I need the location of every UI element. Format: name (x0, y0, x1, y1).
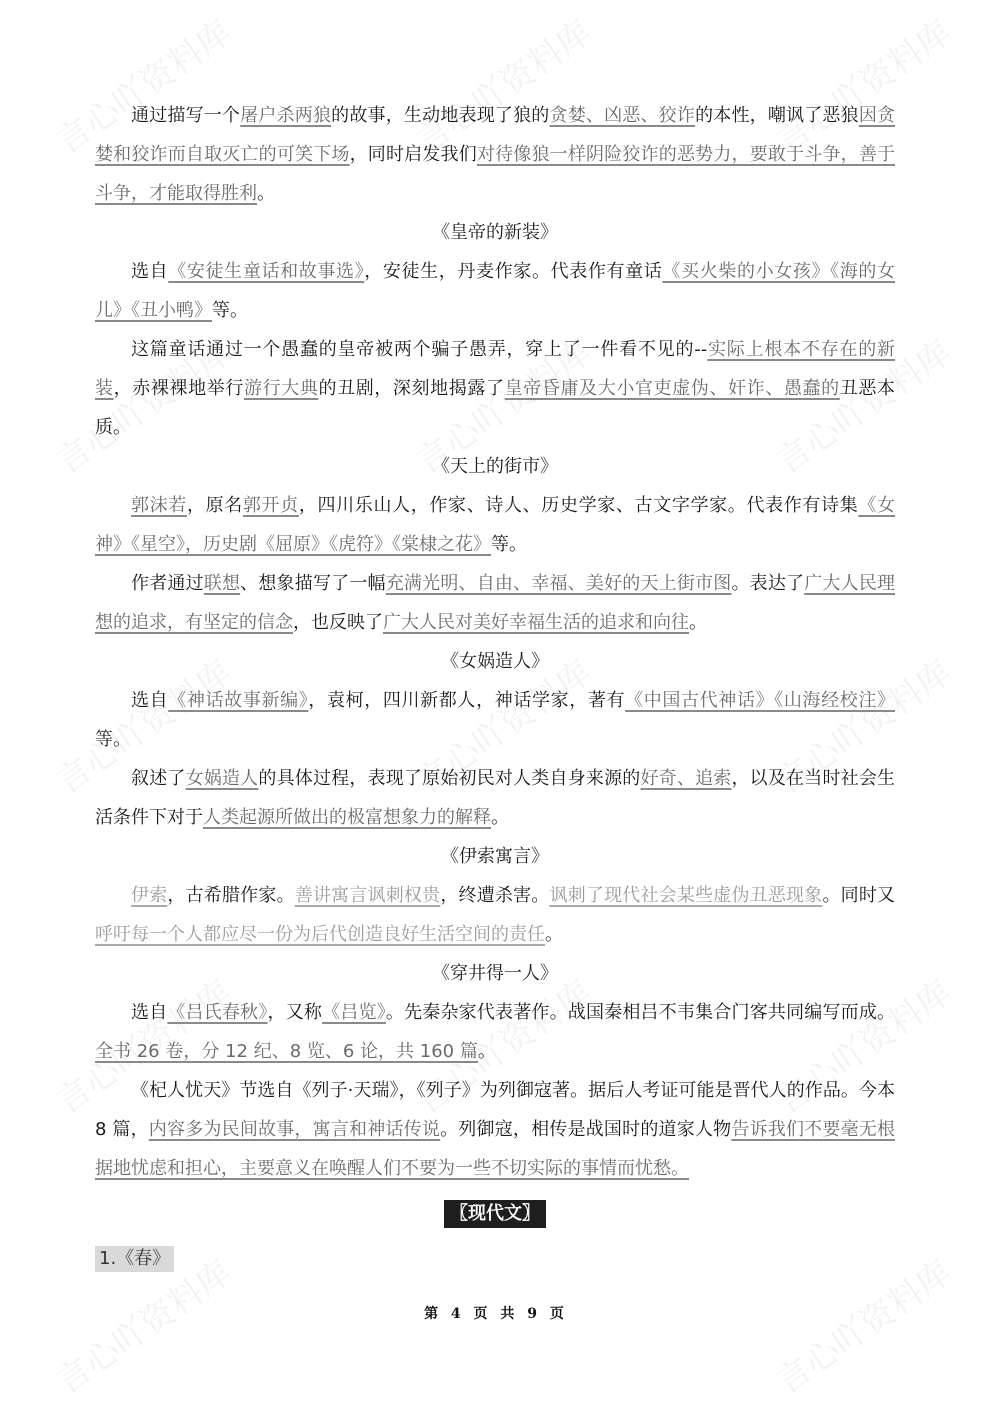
text: 。 (478, 1041, 496, 1062)
section-title-emperor: 《皇帝的新装》 (95, 213, 895, 252)
text: ，又称 (268, 1002, 323, 1023)
section-title-aesop: 《伊索寓言》 (95, 837, 895, 876)
key-point: 皇帝昏庸及大小官吏虚伪、奸诈、愚蠢的 (505, 378, 840, 399)
text: ，同时启发我们 (350, 144, 477, 165)
text: ，终遭杀害。 (440, 885, 549, 906)
key-point: 人类起源所做出的极富想象力的解释 (203, 807, 491, 828)
section-heading-label: 〖现代文〗 (444, 1200, 546, 1228)
text: 。先秦杂家代表著作。战国秦相吕不韦集合门客共同编写而成。 (386, 1002, 895, 1023)
key-point: 《中国古代神话》《山海经校注》 (625, 690, 895, 711)
text: 、想象描写了一幅 (240, 573, 386, 594)
key-point: 好奇、追索 (640, 768, 731, 789)
item-heading-spring: 1.《春》 (95, 1239, 895, 1278)
text: 。 (257, 183, 275, 204)
key-point: 善讲寓言讽刺权贵 (295, 885, 441, 906)
section-title-well: 《穿井得一人》 (95, 954, 895, 993)
key-point: 充满光明、自由、幸福、美好的天上街市图 (386, 573, 732, 594)
section-title-market: 《天上的街市》 (95, 447, 895, 486)
text: ，也反映了 (293, 612, 383, 633)
key-point: 《吕氏春秋》 (167, 1002, 267, 1023)
text: 的本性，嘲讽了恶狼 (695, 105, 859, 126)
paragraph-well-source: 选自《吕氏春秋》，又称《吕览》。先秦杂家代表著作。战国秦相吕不韦集合门客共同编写… (95, 993, 895, 1071)
key-point: 广大人民对美好幸福生活的追求和向往 (383, 612, 689, 633)
text: ，四川乐山人，作家、诗人、历史学家、古文字学家。代表作有诗集 (299, 495, 859, 516)
text: ，袁柯，四川新都人，神话学家，著有 (308, 690, 625, 711)
text: ，古希腊作家。 (167, 885, 294, 906)
key-point: 联想 (204, 573, 240, 594)
text: 。表达了 (731, 573, 804, 594)
text: 等。 (212, 300, 248, 321)
text: 作者通过 (131, 573, 204, 594)
key-point: 游行大典 (244, 378, 318, 399)
key-point: 讽刺了现代社会某些虚伪丑恶现象 (550, 885, 823, 906)
key-point: 贪婪、凶恶、狡诈 (550, 105, 696, 126)
text: 通过描写一个 (131, 105, 240, 126)
key-point: 全书 26 卷，分 12 纪、8 览、6 论，共 160 篇 (95, 1041, 478, 1062)
text: 这篇童话通过一个愚蠢的皇帝被两个骗子愚弄，穿上了一件看不见的-- (131, 339, 707, 360)
text: 选自 (131, 690, 168, 711)
document-page: 通过描写一个屠户杀两狼的故事，生动地表现了狼的贪婪、凶恶、狡诈的本性，嘲讽了恶狼… (95, 96, 895, 1278)
key-point: 呼吁每一个人都应尽一份为后代创造良好生活空间的责任 (95, 924, 545, 945)
text: ，原名 (187, 495, 243, 516)
text: 的故事，生动地表现了狼的 (331, 105, 549, 126)
item-heading-label: 1.《春》 (95, 1246, 174, 1272)
key-point: 女娲造人 (186, 768, 259, 789)
paragraph-emperor-source: 选自《安徒生童话和故事选》，安徒生，丹麦作家。代表作有童话《买火柴的小女孩》《海… (95, 252, 895, 330)
paragraph-emperor-theme: 这篇童话通过一个愚蠢的皇帝被两个骗子愚弄，穿上了一件看不见的--实际上根本不存在… (95, 330, 895, 447)
paragraph-wolf: 通过描写一个屠户杀两狼的故事，生动地表现了狼的贪婪、凶恶、狡诈的本性，嘲讽了恶狼… (95, 96, 895, 213)
text: 叙述了 (131, 768, 186, 789)
text: 。 (689, 612, 707, 633)
key-point: 郭开贞 (243, 495, 299, 516)
key-point: 《吕览》 (322, 1002, 386, 1023)
paragraph-aesop: 伊索，古希腊作家。善讲寓言讽刺权贵，终遭杀害。讽刺了现代社会某些虚伪丑恶现象。同… (95, 876, 895, 954)
paragraph-nuwa-source: 选自《神话故事新编》，袁柯，四川新都人，神话学家，著有《中国古代神话》《山海经校… (95, 681, 895, 759)
paragraph-nuwa-theme: 叙述了女娲造人的具体过程，表现了原始初民对人类自身来源的好奇、追索，以及在当时社… (95, 759, 895, 837)
text: ，安徒生，丹麦作家。代表作有童话 (364, 261, 662, 282)
paragraph-qiren: 《杞人忧天》节选自《列子·天瑞》，《列子》为列御寇著。据后人考证可能是晋代人的作… (95, 1071, 895, 1188)
page-number: 第 4 页 共 9 页 (0, 1303, 992, 1323)
text: 等。 (491, 534, 527, 555)
text: 的丑剧，深刻地揭露了 (318, 378, 504, 399)
key-point: 伊索 (131, 885, 167, 906)
section-heading-modern: 〖现代文〗 (95, 1194, 895, 1233)
paragraph-market-author: 郭沫若，原名郭开贞，四川乐山人，作家、诗人、历史学家、古文字学家。代表作有诗集《… (95, 486, 895, 564)
text: 。 (491, 807, 509, 828)
text: 等。 (95, 729, 131, 750)
key-point: 郭沫若 (131, 495, 187, 516)
key-point: 屠户杀两狼 (240, 105, 331, 126)
text: 。 (545, 924, 563, 945)
text: 。同时又 (822, 885, 895, 906)
key-point: 内容多为民间故事，寓言和神话传说 (149, 1119, 440, 1140)
paragraph-market-theme: 作者通过联想、想象描写了一幅充满光明、自由、幸福、美好的天上街市图。表达了广大人… (95, 564, 895, 642)
text: 的具体过程，表现了原始初民对人类自身来源的 (258, 768, 640, 789)
text: ，赤裸裸地举行 (114, 378, 244, 399)
text: 选自 (131, 261, 168, 282)
text: 。列御寇，相传是战国时的道家人物 (440, 1119, 731, 1140)
text: 选自 (131, 1002, 167, 1023)
key-point: 《神话故事新编》 (168, 690, 308, 711)
section-title-nuwa: 《女娲造人》 (95, 642, 895, 681)
key-point: 《安徒生童话和故事选》 (168, 261, 364, 282)
